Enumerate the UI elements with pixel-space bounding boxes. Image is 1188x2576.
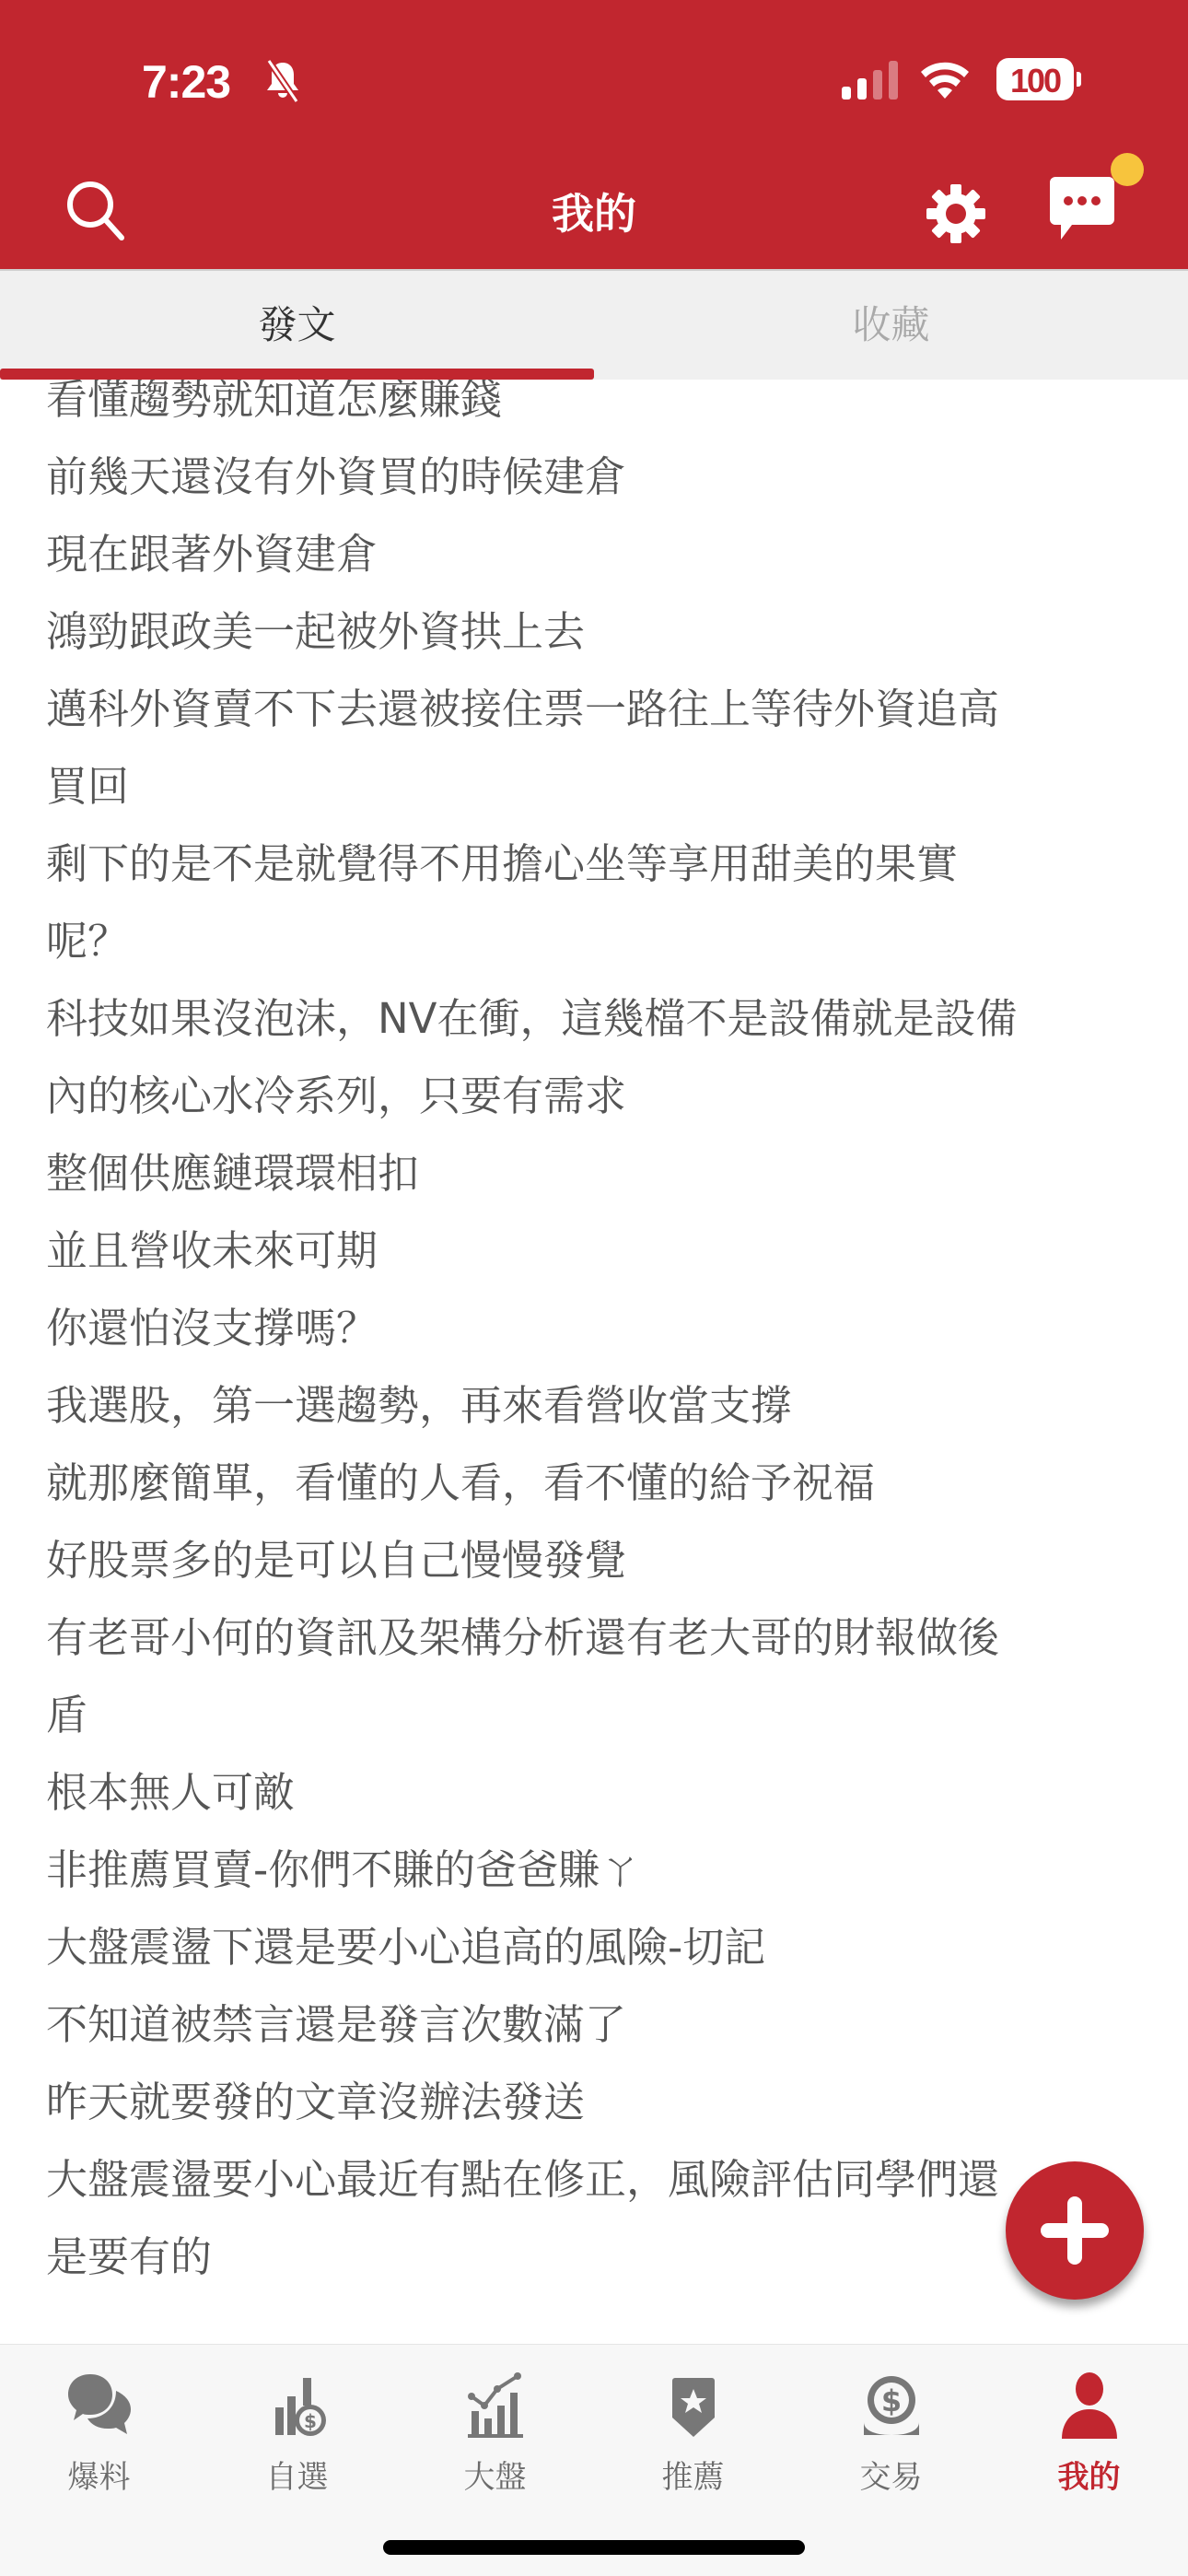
- nav-label: 大盤: [396, 2452, 594, 2497]
- tab-posts[interactable]: 發文: [0, 271, 594, 380]
- nav-item-tips[interactable]: 爆料: [0, 2361, 198, 2500]
- post-line: 大盤震盪下還是要小心追高的風險-切記: [46, 1909, 1151, 1986]
- settings-button[interactable]: [921, 179, 991, 249]
- svg-text:$: $: [881, 2383, 902, 2418]
- post-line: 看懂趨勢就知道怎麼賺錢: [46, 380, 1151, 439]
- nav-item-me[interactable]: 我的: [990, 2361, 1188, 2500]
- battery-indicator: 100: [996, 58, 1081, 100]
- chat-bubbles-icon: [64, 2371, 134, 2441]
- post-line: 並且營收未來可期: [46, 1212, 1151, 1290]
- post-line: 現在跟著外資建倉: [46, 516, 1151, 593]
- nav-item-trade[interactable]: $ 交易: [792, 2361, 990, 2500]
- nav-label: 自選: [198, 2452, 396, 2497]
- post-line: 根本無人可敵: [46, 1754, 1151, 1832]
- post-line: 整個供應鏈環環相扣: [46, 1135, 1151, 1212]
- nav-item-watchlist[interactable]: $ 自選: [198, 2361, 396, 2500]
- post-line: 剩下的是不是就覺得不用擔心坐等享用甜美的果實: [46, 825, 1151, 903]
- nav-label: 爆料: [0, 2452, 198, 2497]
- nav-label: 交易: [792, 2452, 990, 2497]
- post-line: 科技如果沒泡沫，NV在衝，這幾檔不是設備就是設備: [46, 980, 1151, 1058]
- page-title: 我的: [0, 181, 1188, 241]
- nav-item-market[interactable]: 大盤: [396, 2361, 594, 2500]
- post-line: 買回: [46, 748, 1151, 825]
- market-chart-icon: [460, 2371, 530, 2441]
- battery-level: 100: [996, 62, 1074, 100]
- new-post-button[interactable]: [1006, 2161, 1144, 2300]
- nav-label: 推薦: [594, 2452, 792, 2497]
- post-line: 前幾天還沒有外資買的時候建倉: [46, 439, 1151, 516]
- cellular-signal-icon: [840, 59, 901, 100]
- post-line: 邁科外資賣不下去還被接住票一路往上等待外資追高: [46, 671, 1151, 748]
- post-line: 不知道被禁言還是發言次數滿了: [46, 1986, 1151, 2064]
- active-tab-indicator: [0, 369, 594, 380]
- post-content-area[interactable]: 看懂趨勢就知道怎麼賺錢 前幾天還沒有外資買的時候建倉 現在跟著外資建倉 鴻勁跟政…: [0, 380, 1188, 2342]
- watchlist-coin-icon: $: [262, 2371, 332, 2441]
- post-line: 昨天就要發的文章沒辦法發送: [46, 2064, 1151, 2141]
- messages-button[interactable]: [1048, 171, 1122, 245]
- post-line: 你還怕沒支撐嗎？: [46, 1290, 1151, 1367]
- nav-label: 我的: [990, 2452, 1188, 2497]
- post-line: 非推薦買賣-你們不賺的爸爸賺ㄚ: [46, 1832, 1151, 1909]
- star-badge-icon: [658, 2371, 728, 2441]
- status-time: 7:23: [142, 55, 230, 109]
- home-indicator: [383, 2540, 805, 2555]
- gear-icon: [921, 179, 991, 249]
- post-line: 是要有的: [46, 2219, 1151, 2296]
- tab-favorites[interactable]: 收藏: [594, 271, 1188, 380]
- bottom-navigation: 爆料 $ 自選 大盤 推薦: [0, 2344, 1188, 2576]
- user-icon: [1054, 2371, 1124, 2441]
- app-header: 7:23 100 我的: [0, 0, 1188, 269]
- post-line: 鴻勁跟政美一起被外資拱上去: [46, 593, 1151, 671]
- dollar-coin-icon: $: [856, 2371, 926, 2441]
- nav-item-recommend[interactable]: 推薦: [594, 2361, 792, 2500]
- tab-bar: 發文 收藏: [0, 269, 1188, 380]
- silent-bell-icon: [260, 59, 306, 103]
- chat-bubble-icon: [1048, 171, 1122, 245]
- notification-dot: [1111, 153, 1144, 186]
- search-icon: [63, 177, 129, 243]
- search-button[interactable]: [63, 177, 129, 243]
- post-line: 呢？: [46, 903, 1151, 980]
- post-line: 盾: [46, 1677, 1151, 1754]
- post-body: 看懂趨勢就知道怎麼賺錢 前幾天還沒有外資買的時候建倉 現在跟著外資建倉 鴻勁跟政…: [46, 380, 1151, 2296]
- post-line: 內的核心水冷系列，只要有需求: [46, 1058, 1151, 1135]
- wifi-icon: [917, 57, 973, 100]
- post-line: 就那麼簡單，看懂的人看，看不懂的給予祝福: [46, 1445, 1151, 1522]
- svg-text:$: $: [304, 2410, 317, 2432]
- post-line: 大盤震盪要小心最近有點在修正，風險評估同學們還: [46, 2141, 1151, 2219]
- post-line: 好股票多的是可以自己慢慢發覺: [46, 1522, 1151, 1599]
- post-line: 我選股，第一選趨勢，再來看營收當支撐: [46, 1367, 1151, 1445]
- post-line: 有老哥小何的資訊及架構分析還有老大哥的財報做後: [46, 1599, 1151, 1677]
